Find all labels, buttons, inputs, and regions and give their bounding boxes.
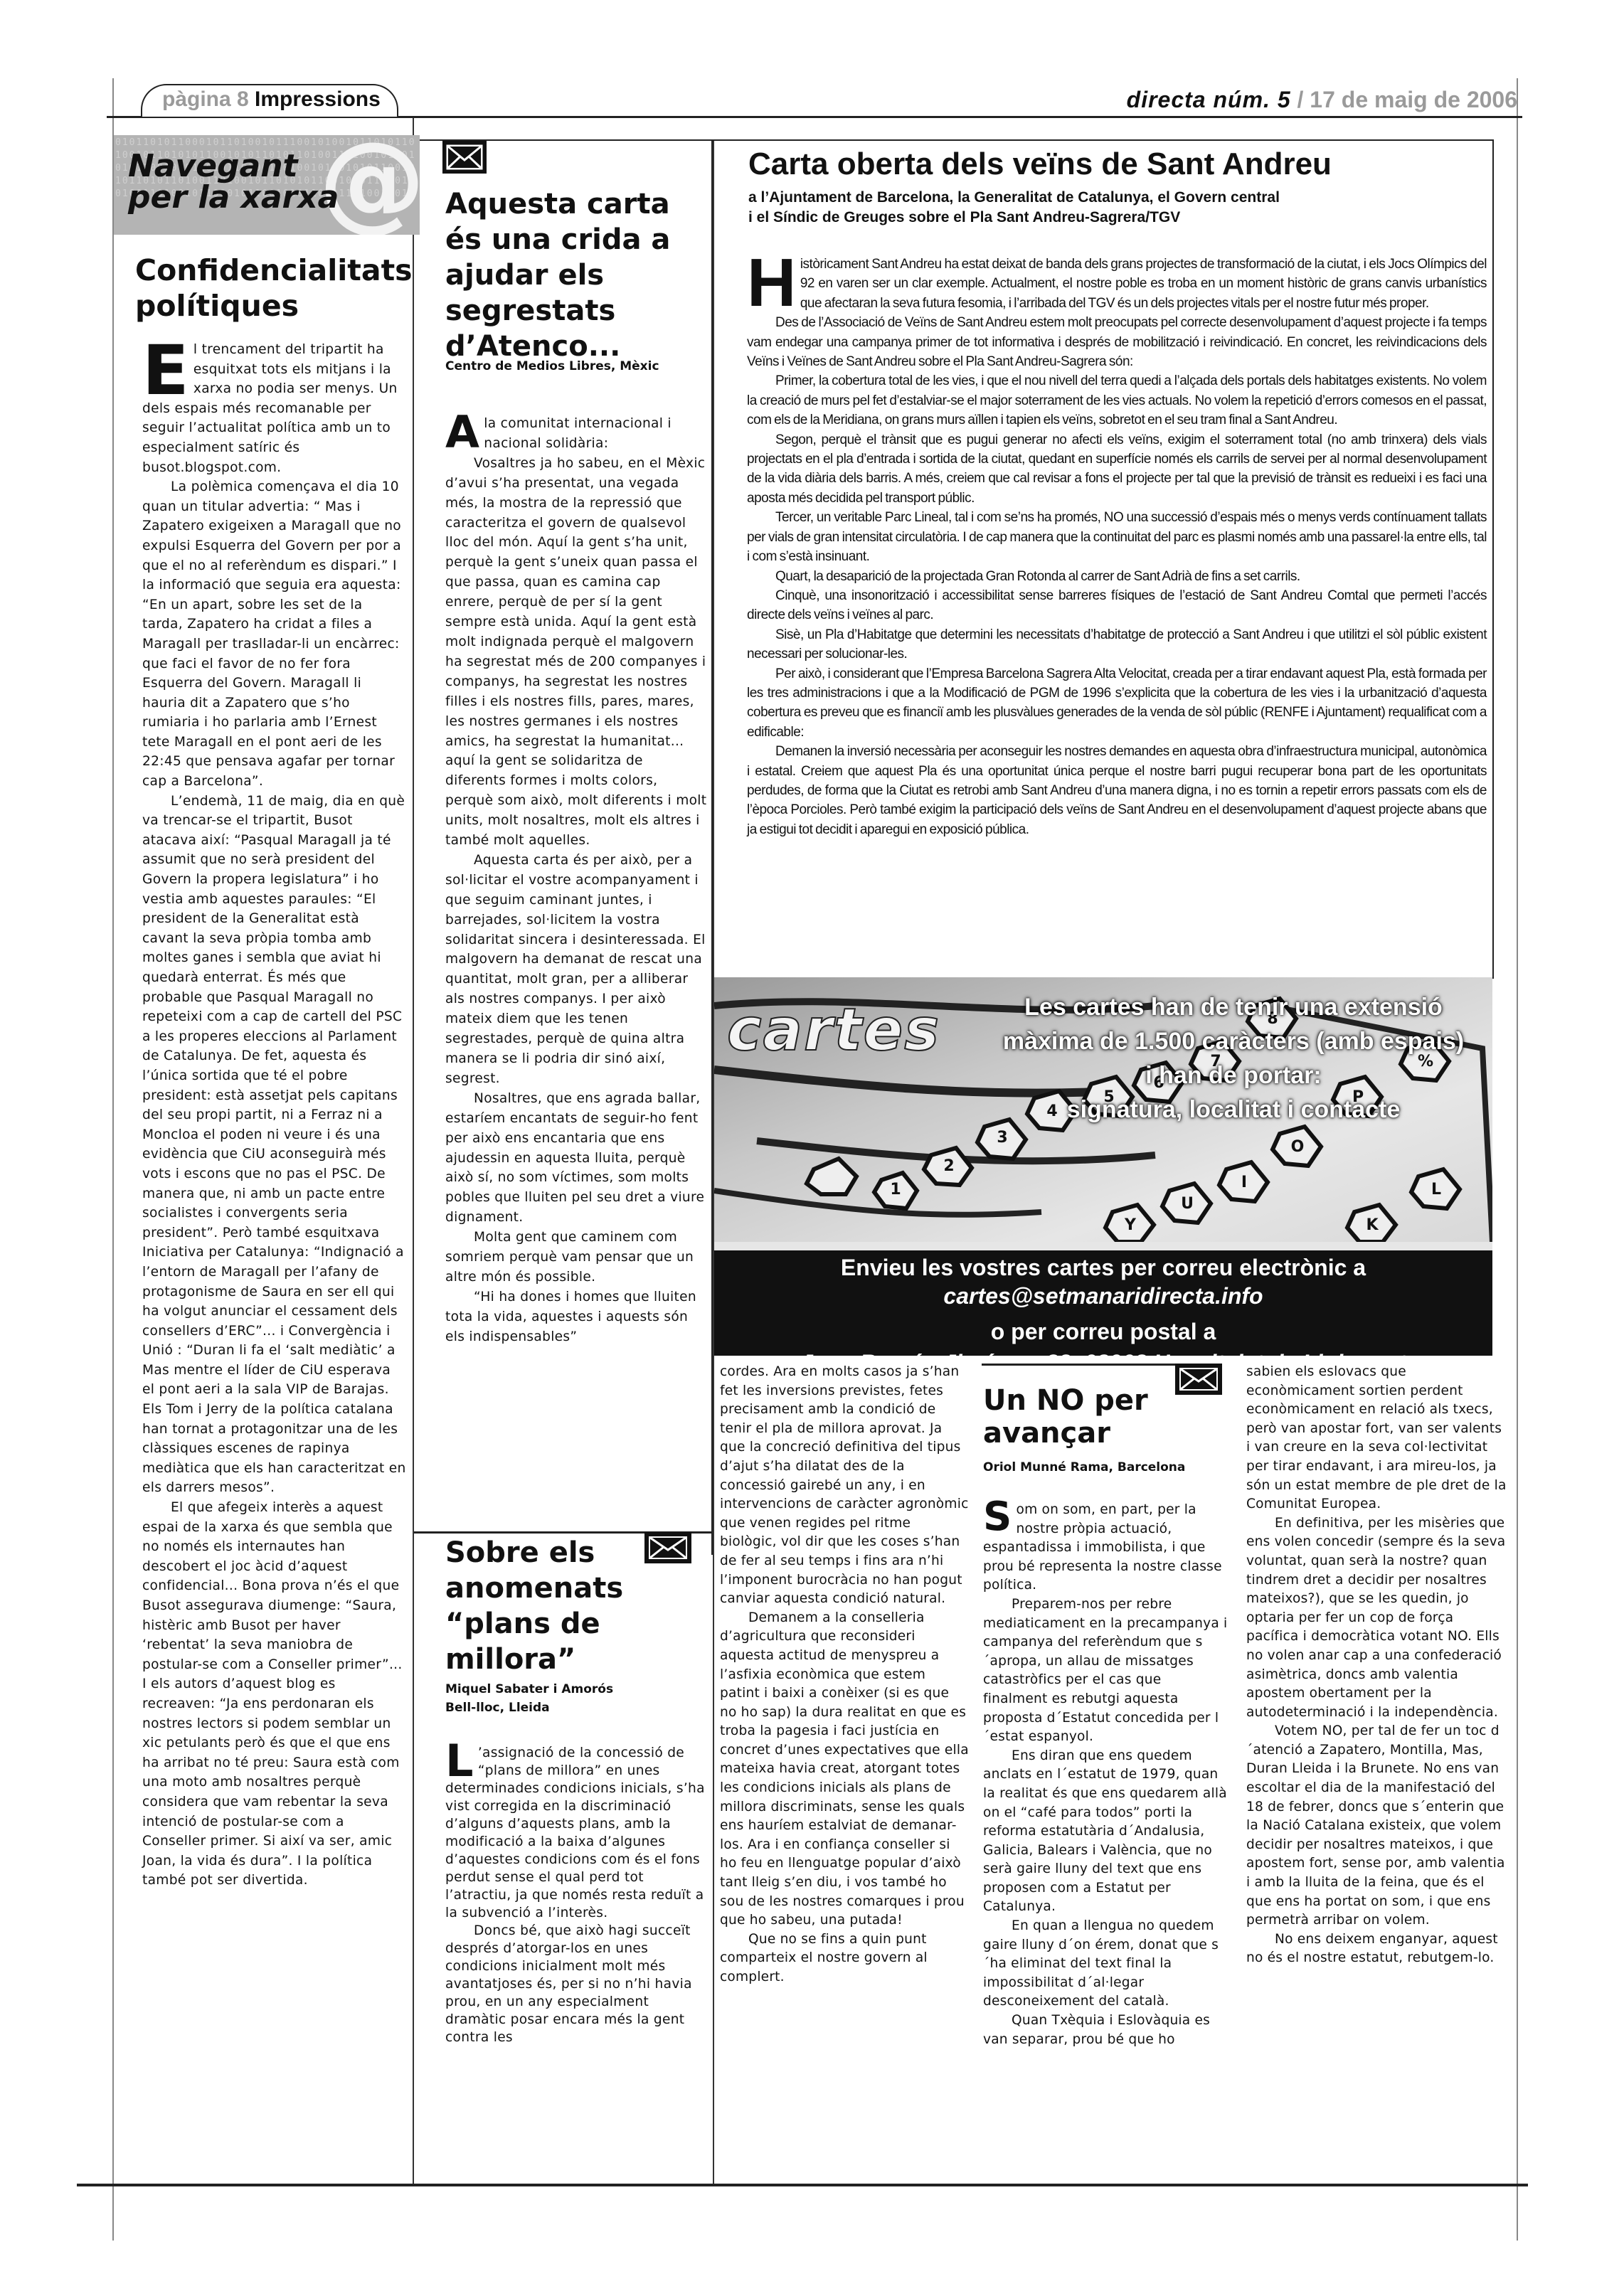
atenco-paragraph: Ala comunitat internacional i nacional s… bbox=[445, 414, 707, 454]
col1-article-body: El trencament del tripartit ha esquitxat… bbox=[142, 340, 407, 1891]
headline-line: anomenats bbox=[445, 1570, 687, 1606]
headline-line: és una crida a bbox=[445, 222, 701, 257]
subheadline-line: i el Síndic de Greuges sobre el Pla Sant… bbox=[748, 208, 1488, 228]
atenco-paragraph: Vosaltres ja ho sabeu, en el Mèxic d’avu… bbox=[445, 454, 707, 851]
atenco-headline: Aquesta carta és una crida a ajudar els … bbox=[445, 186, 701, 364]
paragraph-text: ’assignació de la concessió de “plans de… bbox=[445, 1745, 705, 1920]
no-article-body-col-b: sabien els eslovacs que econòmicament so… bbox=[1246, 1363, 1507, 1968]
rules-line: màxima de 1.500 caràcters (amb espais) bbox=[985, 1024, 1482, 1058]
rules-line: i han de portar: bbox=[985, 1058, 1482, 1093]
typewriter-illustration: 123 456 78P %OI UYK L cartes Les cartes … bbox=[714, 977, 1492, 1242]
cartes-title: cartes bbox=[727, 999, 940, 1063]
no-article-body-col-a: Som on som, en part, per la nostre pròpi… bbox=[983, 1501, 1229, 2049]
headline-line: Aquesta carta bbox=[445, 186, 701, 222]
col1-paragraph: El trencament del tripartit ha esquitxat… bbox=[142, 340, 407, 477]
send-postal-instructions: o per correu postal a bbox=[714, 1314, 1492, 1349]
no-article-paragraph: Votem NO, per tal de fer un toc d´atenci… bbox=[1246, 1722, 1507, 1930]
col1-paragraph: La polèmica començava el dia 10 quan un … bbox=[142, 477, 407, 792]
ad-divider bbox=[714, 1242, 1492, 1250]
page-number: pàgina 8 bbox=[162, 87, 249, 111]
main-article-body: Històricament Sant Andreu ha estat deixa… bbox=[747, 255, 1487, 839]
masthead: directa núm. 5 / 17 de maig de 2006 bbox=[1127, 85, 1517, 114]
plans-paragraph: Doncs bé, que això hagi succeït després … bbox=[445, 1922, 708, 2046]
no-article-byline: Oriol Munné Rama, Barcelona bbox=[983, 1458, 1225, 1477]
col1-headline-line1: Confidencialitats bbox=[135, 253, 405, 288]
dropcap: S bbox=[983, 1501, 1012, 1534]
column-rule-1 bbox=[413, 118, 414, 2184]
plans-byline: Miquel Sabater i Amorós Bell-lloc, Lleid… bbox=[445, 1680, 701, 1717]
headline-line: ajudar els bbox=[445, 257, 701, 293]
main-subheadline: a l’Ajuntament de Barcelona, la Generali… bbox=[748, 188, 1488, 228]
no-article-headline: Un NO per avançar bbox=[983, 1384, 1225, 1450]
rules-line: signatura, localitat i contacte bbox=[985, 1093, 1482, 1127]
banner-title-line1: Navegant bbox=[128, 151, 339, 182]
byline-author: Miquel Sabater i Amorós bbox=[445, 1680, 701, 1699]
no-article-paragraph: En definitiva, per les misèries que ens … bbox=[1246, 1514, 1507, 1723]
atenco-paragraph: Aquesta carta és per això, per a sol·lic… bbox=[445, 851, 707, 1089]
page-margin-left-rule bbox=[112, 78, 114, 2241]
atenco-paragraph: Nosaltres, que ens agrada ballar, estarí… bbox=[445, 1089, 707, 1228]
svg-text:K: K bbox=[1366, 1216, 1379, 1234]
subheadline-line: a l’Ajuntament de Barcelona, la Generali… bbox=[748, 188, 1488, 208]
submission-email-link[interactable]: cartes@setmanaridirecta.info bbox=[714, 1282, 1492, 1310]
atenco-paragraph: “Hi ha dones i homes que lluiten tota la… bbox=[445, 1287, 707, 1347]
dropcap: L bbox=[445, 1744, 474, 1778]
send-email-instructions: Envieu les vostres cartes per correu ele… bbox=[714, 1253, 1492, 1282]
plans-paragraph: Demanem a la conselleria d’agricultura q… bbox=[720, 1609, 969, 1930]
page-margin-right-rule bbox=[1517, 78, 1518, 2241]
svg-text:3: 3 bbox=[997, 1129, 1007, 1147]
dropcap: E bbox=[142, 343, 189, 398]
headline-line: Sobre els bbox=[445, 1535, 687, 1570]
main-paragraph: Quart, la desaparició de la projectada G… bbox=[747, 567, 1487, 586]
atenco-paragraph: Molta gent que caminem com somriem perqu… bbox=[445, 1228, 707, 1287]
envelope-icon bbox=[442, 141, 487, 174]
plans-body-col-b: cordes. Ara en molts casos ja s’han fet … bbox=[720, 1363, 969, 1987]
atenco-byline: Centro de Medios Libres, Mèxic bbox=[445, 357, 708, 376]
main-paragraph: Des de l’Associació de Veïns de Sant And… bbox=[747, 313, 1487, 371]
col1-paragraph: L’endemà, 11 de maig, dia en què va tren… bbox=[142, 792, 407, 1498]
main-paragraph: Segon, perquè el trànsit que es pugui ge… bbox=[747, 430, 1487, 509]
headline-line: avançar bbox=[983, 1417, 1225, 1450]
col1-headline: Confidencialitats polítiques bbox=[135, 253, 405, 324]
section-name: Impressions bbox=[255, 87, 381, 111]
main-paragraph: Cinquè, una insonorització i accessibili… bbox=[747, 586, 1487, 625]
col1-paragraph: El que afegeix interès a aquest espai de… bbox=[142, 1498, 407, 1891]
cartes-send-info: Envieu les vostres cartes per correu ele… bbox=[714, 1253, 1492, 1356]
main-paragraph: Primer, la cobertura total de les vies, … bbox=[747, 371, 1487, 430]
plans-headline: Sobre els anomenats “plans de millora” bbox=[445, 1535, 687, 1677]
svg-text:L: L bbox=[1431, 1181, 1441, 1199]
svg-text:Y: Y bbox=[1124, 1216, 1137, 1234]
svg-text:1: 1 bbox=[890, 1181, 901, 1199]
footer-rule bbox=[77, 2184, 1528, 2186]
no-article-paragraph: Ens diran que ens quedem anclats en l´es… bbox=[983, 1747, 1229, 1917]
no-article-paragraph: No ens deixem enganyar, aquest no és el … bbox=[1246, 1930, 1507, 1968]
svg-text:U: U bbox=[1181, 1195, 1194, 1213]
paragraph-text: om on som, en part, per la nostre pròpia… bbox=[983, 1502, 1222, 1593]
banner-title-line2: per la xarxa bbox=[128, 182, 339, 213]
main-paragraph: Tercer, un veritable Parc Lineal, tal i … bbox=[747, 508, 1487, 566]
no-article-paragraph: Som on som, en part, per la nostre pròpi… bbox=[983, 1501, 1229, 1595]
rules-line: Les cartes han de tenir una extensió bbox=[985, 990, 1482, 1024]
no-article-paragraph: En quan a llengua no quedem gaire lluny … bbox=[983, 1917, 1229, 2011]
plans-paragraph: L’assignació de la concessió de “plans d… bbox=[445, 1744, 708, 1922]
plans-paragraph: Que no se fins a quin punt comparteix el… bbox=[720, 1930, 969, 1987]
svg-text:O: O bbox=[1291, 1138, 1305, 1156]
issue-date: / 17 de maig de 2006 bbox=[1297, 87, 1518, 112]
svg-text:I: I bbox=[1241, 1174, 1247, 1191]
main-paragraph: Històricament Sant Andreu ha estat deixa… bbox=[747, 255, 1487, 313]
plans-paragraph: cordes. Ara en molts casos ja s’han fet … bbox=[720, 1363, 969, 1609]
no-article-paragraph: sabien els eslovacs que econòmicament so… bbox=[1246, 1363, 1507, 1514]
main-paragraph: Per això, i considerant que l’Empresa Ba… bbox=[747, 664, 1487, 743]
no-article-top-rule bbox=[982, 1364, 1181, 1366]
headline-line: “plans de bbox=[445, 1606, 687, 1642]
main-paragraph: Sisè, un Pla d’Habitatge que determini l… bbox=[747, 625, 1487, 664]
main-paragraph: Demanen la inversió necessària per acons… bbox=[747, 742, 1487, 839]
banner-title: Navegant per la xarxa bbox=[128, 151, 339, 213]
section-tab-label: pàgina 8 Impressions bbox=[162, 85, 381, 114]
byline-location: Bell-lloc, Lleida bbox=[445, 1699, 701, 1717]
publication-name: directa núm. 5 bbox=[1127, 87, 1291, 112]
navegant-banner: 0101101011000101101001011100101001011010… bbox=[114, 135, 420, 235]
main-headline: Carta oberta dels veïns de Sant Andreu bbox=[748, 139, 1488, 189]
col1-headline-line2: polítiques bbox=[135, 288, 405, 324]
no-article-paragraph: Quan Txèquia i Eslovàquia es van separar… bbox=[983, 2011, 1229, 2049]
dropcap: A bbox=[445, 414, 479, 451]
plans-body-col-a: L’assignació de la concessió de “plans d… bbox=[445, 1744, 708, 2046]
headline-line: Un NO per bbox=[983, 1384, 1225, 1417]
atenco-body: Ala comunitat internacional i nacional s… bbox=[445, 414, 707, 1347]
dropcap: H bbox=[747, 255, 796, 312]
headline-line: segrestats bbox=[445, 293, 701, 329]
paragraph-text: la comunitat internacional i nacional so… bbox=[484, 416, 672, 451]
headline-line: millora” bbox=[445, 1642, 687, 1677]
cartes-submission-ad: 123 456 78P %OI UYK L cartes Les cartes … bbox=[714, 977, 1492, 1356]
svg-text:2: 2 bbox=[943, 1157, 954, 1175]
no-article-paragraph: Preparem-nos per rebre mediaticament en … bbox=[983, 1595, 1229, 1747]
cartes-rules: Les cartes han de tenir una extensió màx… bbox=[985, 990, 1482, 1127]
postal-address: Juan Ramón Jiménez, 22, 08902 Hospitalet… bbox=[714, 1349, 1492, 1356]
paragraph-text: istòricament Sant Andreu ha estat deixat… bbox=[800, 257, 1487, 311]
